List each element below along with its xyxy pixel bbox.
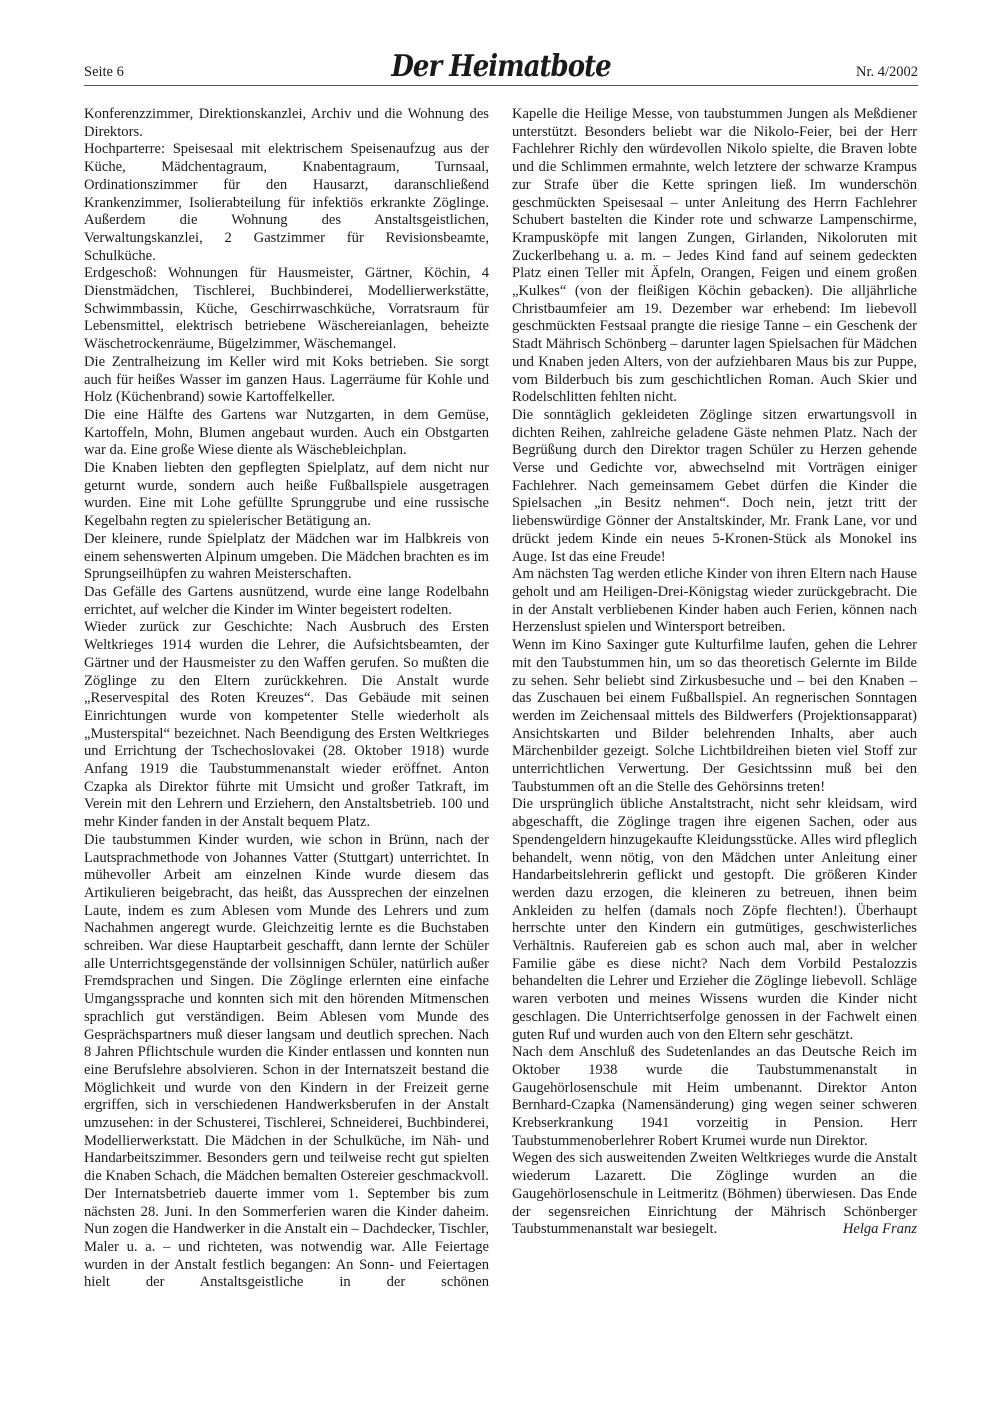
paragraph: Die taubstummen Kinder wurden, wie schon… [84, 832, 489, 1186]
paragraph: Das Gefälle des Gartens ausnützend, wurd… [84, 584, 489, 619]
masthead-title: Der Heimatbote [84, 50, 918, 85]
paragraph: Die ursprünglich übliche Anstaltstracht,… [512, 796, 917, 1044]
paragraph: Der kleinere, runde Spielplatz der Mädch… [84, 531, 489, 584]
left-column: Konferenzzimmer, Direktionskanzlei, Arch… [84, 106, 489, 1292]
paragraph: Die Zentralheizung im Keller wird mit Ko… [84, 354, 489, 407]
paragraph: Erdgeschoß: Wohnungen für Hausmeister, G… [84, 265, 489, 354]
final-paragraph: Wegen des sich ausweitenden Zweiten Welt… [512, 1150, 917, 1239]
paragraph: Die eine Hälfte des Gartens war Nutzgart… [84, 407, 489, 460]
header-rule [84, 85, 918, 86]
paragraph: Die sonntäglich gekleideten Zöglinge sit… [512, 407, 917, 566]
paragraph: Der Internatsbetrieb dauerte immer vom 1… [84, 1186, 489, 1292]
right-column: Kapelle die Heilige Messe, von taubstumm… [512, 106, 917, 1239]
paragraph: Wieder zurück zur Geschichte: Nach Ausbr… [84, 619, 489, 831]
paragraph: Hochparterre: Speisesaal mit elektrische… [84, 141, 489, 265]
page-header: Seite 6 Der Heimatbote Nr. 4/2002 [84, 56, 918, 86]
paragraph: Am nächsten Tag werden etliche Kinder vo… [512, 566, 917, 637]
paragraph: Konferenzzimmer, Direktionskanzlei, Arch… [84, 106, 489, 141]
paragraph: Wenn im Kino Saxinger gute Kulturfilme l… [512, 637, 917, 796]
issue-number: Nr. 4/2002 [856, 64, 918, 81]
author-signature: Helga Franz [843, 1221, 917, 1239]
paragraph: Kapelle die Heilige Messe, von taubstumm… [512, 106, 917, 407]
paragraph: Nach dem Anschluß des Sudetenlandes an d… [512, 1044, 917, 1150]
paragraph: Die Knaben liebten den gepflegten Spielp… [84, 460, 489, 531]
